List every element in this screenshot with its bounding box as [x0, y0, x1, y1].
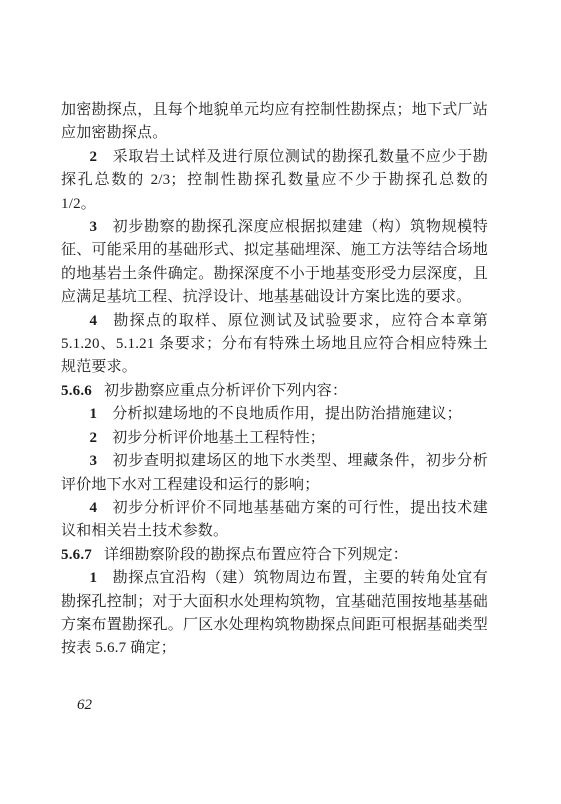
item-number: 1	[90, 406, 98, 422]
numbered-item-paragraph: 2采取岩土试样及进行原位测试的勘探孔数量不应少于勘探孔总数的 2/3；控制性勘探…	[61, 146, 488, 216]
item-number: 3	[90, 219, 98, 235]
paragraph-text: 分析拟建场地的不良地质作用，提出防治措施建议；	[112, 406, 462, 422]
numbered-item-paragraph: 1分析拟建场地的不良地质作用，提出防治措施建议；	[61, 403, 488, 426]
numbered-item-paragraph: 4勘探点的取样、原位测试及试验要求，应符合本章第 5.1.20、5.1.21 条…	[61, 310, 488, 380]
clause-number: 5.6.7	[61, 547, 92, 563]
numbered-item-paragraph: 4初步分析评价不同地基基础方案的可行性，提出技术建议和相关岩土技术参数。	[61, 497, 488, 544]
item-number: 2	[90, 149, 98, 165]
page-body-text: 加密勘探点，且每个地貌单元均应有控制性勘探点；地下式厂站应加密勘探点。2采取岩土…	[61, 99, 488, 661]
paragraph-text: 加密勘探点，且每个地貌单元均应有控制性勘探点；地下式厂站应加密勘探点。	[61, 102, 488, 141]
paragraph-text: 初步分析评价不同地基基础方案的可行性，提出技术建议和相关岩土技术参数。	[61, 500, 488, 539]
clause-paragraph: 5.6.6初步勘察应重点分析评价下列内容：	[61, 380, 488, 403]
paragraph-text: 采取岩土试样及进行原位测试的勘探孔数量不应少于勘探孔总数的 2/3；控制性勘探孔…	[61, 149, 488, 212]
paragraph-text: 初步分析评价地基土工程特性；	[112, 430, 325, 446]
paragraph-text: 勘探点的取样、原位测试及试验要求，应符合本章第 5.1.20、5.1.21 条要…	[61, 313, 488, 376]
numbered-item-paragraph: 3初步勘察的勘探孔深度应根据拟建建（构）筑物规模特征、可能采用的基础形式、拟定基…	[61, 216, 488, 310]
item-number: 4	[90, 500, 98, 516]
numbered-item-paragraph: 1勘探点宜沿构（建）筑物周边布置，主要的转角处宜有勘探孔控制；对于大面积水处理构…	[61, 567, 488, 661]
numbered-item-paragraph: 2初步分析评价地基土工程特性；	[61, 427, 488, 450]
document-page: 加密勘探点，且每个地貌单元均应有控制性勘探点；地下式厂站应加密勘探点。2采取岩土…	[0, 0, 561, 804]
continuation-paragraph: 加密勘探点，且每个地貌单元均应有控制性勘探点；地下式厂站应加密勘探点。	[61, 99, 488, 146]
paragraph-text: 初步勘察的勘探孔深度应根据拟建建（构）筑物规模特征、可能采用的基础形式、拟定基础…	[61, 219, 488, 305]
clause-number: 5.6.6	[61, 383, 92, 399]
paragraph-text: 初步查明拟建场区的地下水类型、埋藏条件，初步分析评价地下水对工程建设和运行的影响…	[61, 453, 488, 492]
numbered-item-paragraph: 3初步查明拟建场区的地下水类型、埋藏条件，初步分析评价地下水对工程建设和运行的影…	[61, 450, 488, 497]
clause-paragraph: 5.6.7详细勘察阶段的勘探点布置应符合下列规定：	[61, 544, 488, 567]
item-number: 4	[90, 313, 98, 329]
item-number: 2	[90, 430, 98, 446]
paragraph-text: 初步勘察应重点分析评价下列内容：	[104, 383, 347, 399]
item-number: 1	[90, 570, 98, 586]
paragraph-text: 勘探点宜沿构（建）筑物周边布置，主要的转角处宜有勘探孔控制；对于大面积水处理构筑…	[61, 570, 488, 656]
paragraph-text: 详细勘察阶段的勘探点布置应符合下列规定：	[104, 547, 408, 563]
page-number: 62	[77, 697, 92, 714]
item-number: 3	[90, 453, 98, 469]
